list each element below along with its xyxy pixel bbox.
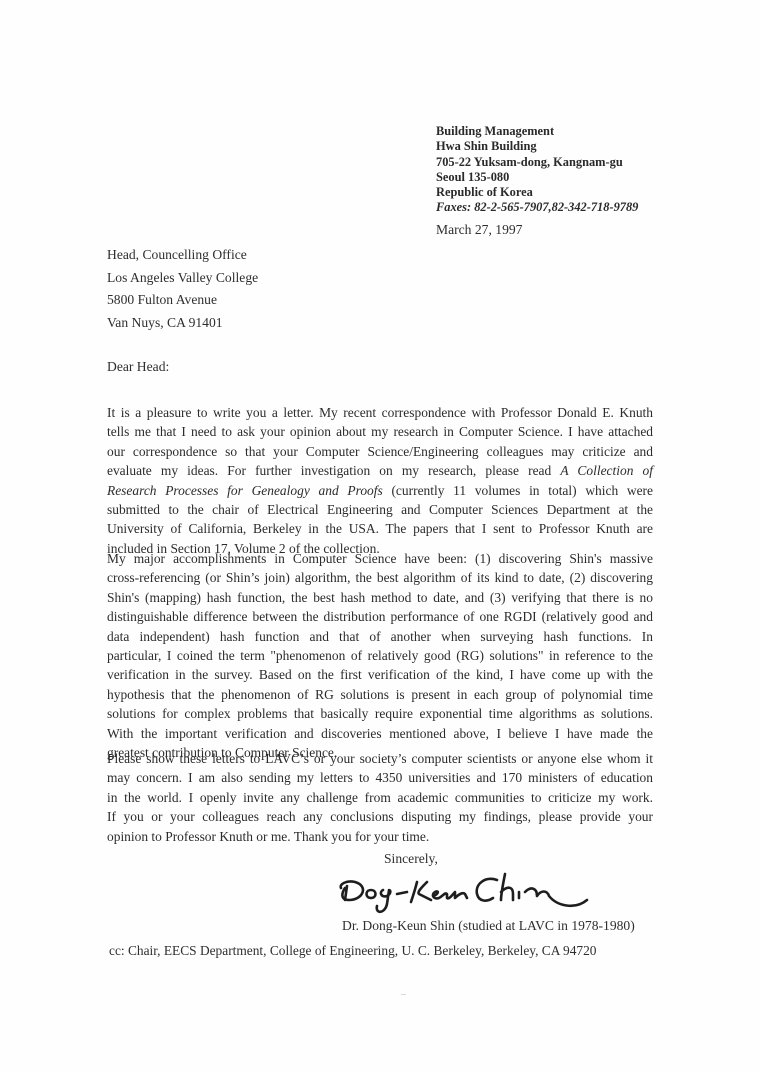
paragraph-line: opinion to Professor Knuth or me. Thank … bbox=[107, 827, 653, 846]
signature-icon bbox=[335, 864, 595, 922]
scan-speck bbox=[401, 994, 406, 995]
recipient-address-block: Head, Councelling Office Los Angeles Val… bbox=[107, 244, 258, 334]
paragraph-line: Please show these letters to LAVC’s or y… bbox=[107, 749, 653, 768]
sender-line: Building Management bbox=[436, 124, 638, 139]
recipient-line: 5800 Fulton Avenue bbox=[107, 289, 258, 312]
paragraph-line: submitted to the chair of Electrical Eng… bbox=[107, 500, 653, 519]
paragraph-line: particular, I coined the term "phenomeno… bbox=[107, 646, 653, 665]
letter-page: Building Management Hwa Shin Building 70… bbox=[0, 0, 760, 1072]
sender-line: Seoul 135-080 bbox=[436, 170, 638, 185]
paragraph-line: It is a pleasure to write you a letter. … bbox=[107, 403, 653, 422]
paragraph-line: hypothesis that the phenomenon of RG sol… bbox=[107, 685, 653, 704]
sender-fax-numbers: Faxes: 82-2-565-7907,82-342-718-9789 bbox=[436, 200, 638, 215]
paragraph-line: My major accomplishments in Computer Sci… bbox=[107, 549, 653, 568]
body-paragraph-3: Please show these letters to LAVC’s or y… bbox=[107, 749, 653, 846]
book-title-part: Research Processes for Genealogy and Pro… bbox=[107, 483, 383, 498]
paragraph-line: With the important verification and disc… bbox=[107, 724, 653, 743]
line-text: evaluate my ideas. For further investiga… bbox=[107, 463, 551, 478]
paragraph-line: evaluate my ideas. For further investiga… bbox=[107, 461, 653, 480]
paragraph-line: solutions for complex problems that basi… bbox=[107, 704, 653, 723]
paragraph-line: If you or your colleagues reach any conc… bbox=[107, 807, 653, 826]
letter-date: March 27, 1997 bbox=[436, 222, 522, 238]
paragraph-line: Research Processes for Genealogy and Pro… bbox=[107, 481, 653, 500]
paragraph-line: distinguishable difference between the d… bbox=[107, 607, 653, 626]
sender-address-block: Building Management Hwa Shin Building 70… bbox=[436, 124, 638, 216]
salutation: Dear Head: bbox=[107, 359, 169, 375]
sender-line: Hwa Shin Building bbox=[436, 139, 638, 154]
paragraph-line: in the world. I openly invite any challe… bbox=[107, 788, 653, 807]
recipient-line: Van Nuys, CA 91401 bbox=[107, 312, 258, 335]
line-text: (currently 11 volumes in total) which we… bbox=[383, 483, 653, 498]
paragraph-line: University of California, Berkeley in th… bbox=[107, 519, 653, 538]
signer-name: Dr. Dong-Keun Shin (studied at LAVC in 1… bbox=[342, 918, 635, 934]
paragraph-line: our correspondence so that your Computer… bbox=[107, 442, 653, 461]
paragraph-line: Shin's (mapping) hash function, the best… bbox=[107, 588, 653, 607]
paragraph-line: verification in the survey. Based on the… bbox=[107, 665, 653, 684]
paragraph-line: cross-referencing (or Shin’s join) algor… bbox=[107, 568, 653, 587]
paragraph-line: tells me that I need to ask your opinion… bbox=[107, 422, 653, 441]
sender-line: 705-22 Yuksam-dong, Kangnam-gu bbox=[436, 155, 638, 170]
body-paragraph-1: It is a pleasure to write you a letter. … bbox=[107, 403, 653, 558]
recipient-line: Los Angeles Valley College bbox=[107, 267, 258, 290]
sender-line: Republic of Korea bbox=[436, 185, 638, 200]
body-paragraph-2: My major accomplishments in Computer Sci… bbox=[107, 549, 653, 762]
paragraph-line: data independent) hash function and that… bbox=[107, 627, 653, 646]
book-title-part: A Collection of bbox=[560, 463, 653, 478]
carbon-copy-line: cc: Chair, EECS Department, College of E… bbox=[109, 943, 596, 959]
recipient-line: Head, Councelling Office bbox=[107, 244, 258, 267]
paragraph-line: may concern. I am also sending my letter… bbox=[107, 768, 653, 787]
